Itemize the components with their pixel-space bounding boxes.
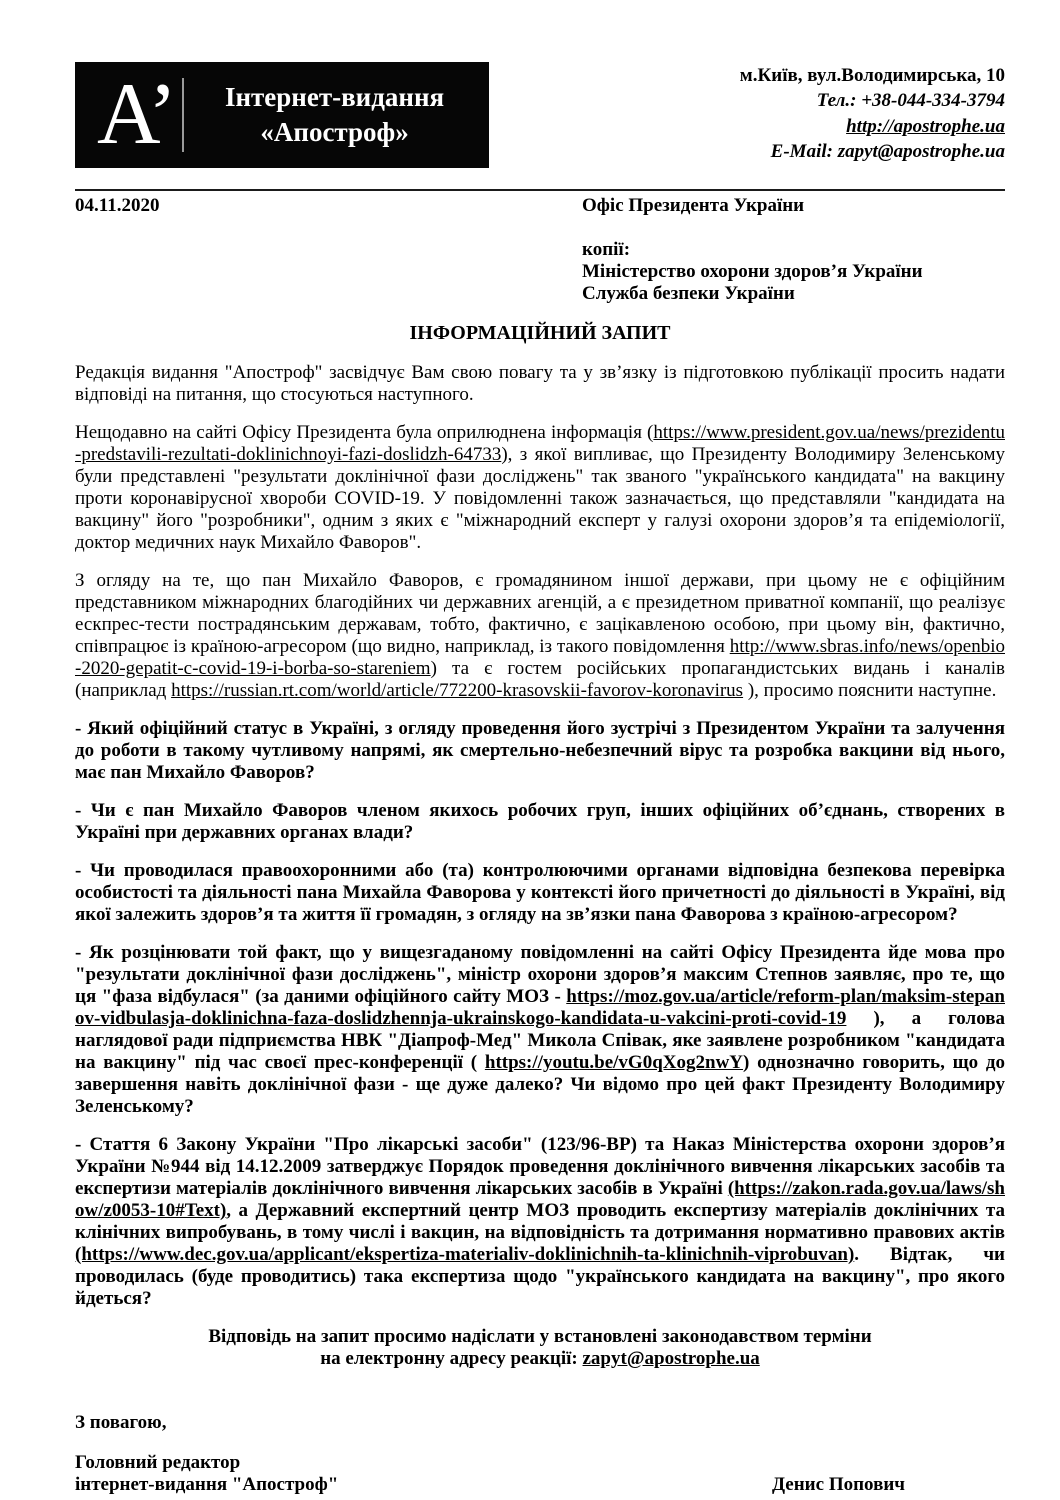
intro-paragraph: Редакція видання "Апостроф" засвідчує Ва… <box>75 362 1005 406</box>
signer-name: Денис Попович <box>772 1474 905 1496</box>
contact-phone: Тел.: +38-044-334-3794 <box>740 88 1005 113</box>
signer-role-line2: інтернет-видання "Апостроф" <box>75 1474 338 1496</box>
apostrophe-logo: А’ Інтернет-видання «Апостроф» <box>75 62 489 168</box>
letter-page: А’ Інтернет-видання «Апостроф» м.Київ, в… <box>0 0 1060 1500</box>
text-run: Нещодавно на сайті Офісу Президента була… <box>75 422 653 443</box>
question-4: - Як розцінювати той факт, що у вищезгад… <box>75 942 1005 1118</box>
closing-request: Відповідь на запит просимо надіслати у в… <box>75 1326 1005 1370</box>
question-1: - Який офіційний статус в Україні, з огл… <box>75 718 1005 784</box>
contact-address: м.Київ, вул.Володимирська, 10 <box>740 63 1005 88</box>
logo-title-line2: «Апостроф» <box>184 115 485 150</box>
signature-block: З повагою, Головний редактор інтернет-ви… <box>75 1412 1005 1496</box>
header-divider-line <box>75 189 1005 191</box>
copy-recipient-1: Міністерство охорони здоров’я України <box>582 261 923 283</box>
text-run: Відповідь на запит просимо надіслати у в… <box>208 1326 871 1347</box>
text-run: Редакція видання "Апостроф" засвідчує Ва… <box>75 362 1005 405</box>
recipient: Офіс Президента України <box>582 195 923 217</box>
text-run: на електронну адресу реакції: <box>320 1348 582 1369</box>
salutation: З повагою, <box>75 1412 1005 1434</box>
letter-body: Редакція видання "Апостроф" засвідчує Ва… <box>75 362 1005 1370</box>
letterhead: А’ Інтернет-видання «Апостроф» м.Київ, в… <box>75 62 1005 168</box>
logo-title-line1: Інтернет-видання <box>184 80 485 115</box>
logo-title: Інтернет-видання «Апостроф» <box>184 80 489 150</box>
website-link[interactable]: http://apostrophe.ua <box>846 116 1005 137</box>
question-3: - Чи проводилася правоохоронними або (та… <box>75 860 1005 926</box>
background-paragraph: Нещодавно на сайті Офісу Президента була… <box>75 422 1005 554</box>
text-run: - Чи проводилася правоохоронними або (та… <box>75 860 1005 925</box>
copy-recipient-2: Служба безпеки України <box>582 283 923 305</box>
letter-date: 04.11.2020 <box>75 195 582 305</box>
letter-title: ІНФОРМАЦІЙНИЙ ЗАПИТ <box>75 321 1005 345</box>
signer-role-line1: Головний редактор <box>75 1452 1005 1474</box>
text-run: - Чи є пан Михайло Фаворов членом якихос… <box>75 800 1005 843</box>
hyperlink[interactable]: zapyt@apostrophe.ua <box>583 1348 760 1369</box>
copies-label: копії: <box>582 239 923 261</box>
spacer <box>582 217 923 239</box>
question-5: - Стаття 6 Закону України "Про лікарські… <box>75 1134 1005 1310</box>
apostrophe-logo-mark: А’ <box>97 75 172 156</box>
meta-row: 04.11.2020 Офіс Президента України копії… <box>75 195 1005 305</box>
context-paragraph: З огляду на те, що пан Михайло Фаворов, … <box>75 570 1005 702</box>
contact-email: E-Mail: zapyt@apostrophe.ua <box>740 139 1005 164</box>
hyperlink[interactable]: (https://www.dec.gov.ua/applicant/eksper… <box>75 1244 854 1265</box>
recipient-block: Офіс Президента України копії: Міністерс… <box>582 195 923 305</box>
text-run: - Який офіційний статус в Україні, з огл… <box>75 718 1005 783</box>
text-run: ), просимо пояснити наступне. <box>743 680 996 701</box>
hyperlink[interactable]: https://russian.rt.com/world/article/772… <box>171 680 743 701</box>
question-2: - Чи є пан Михайло Фаворов членом якихос… <box>75 800 1005 844</box>
hyperlink[interactable]: https://youtu.be/vG0qXog2nwY <box>485 1052 743 1073</box>
contact-block: м.Київ, вул.Володимирська, 10 Тел.: +38-… <box>740 62 1005 165</box>
